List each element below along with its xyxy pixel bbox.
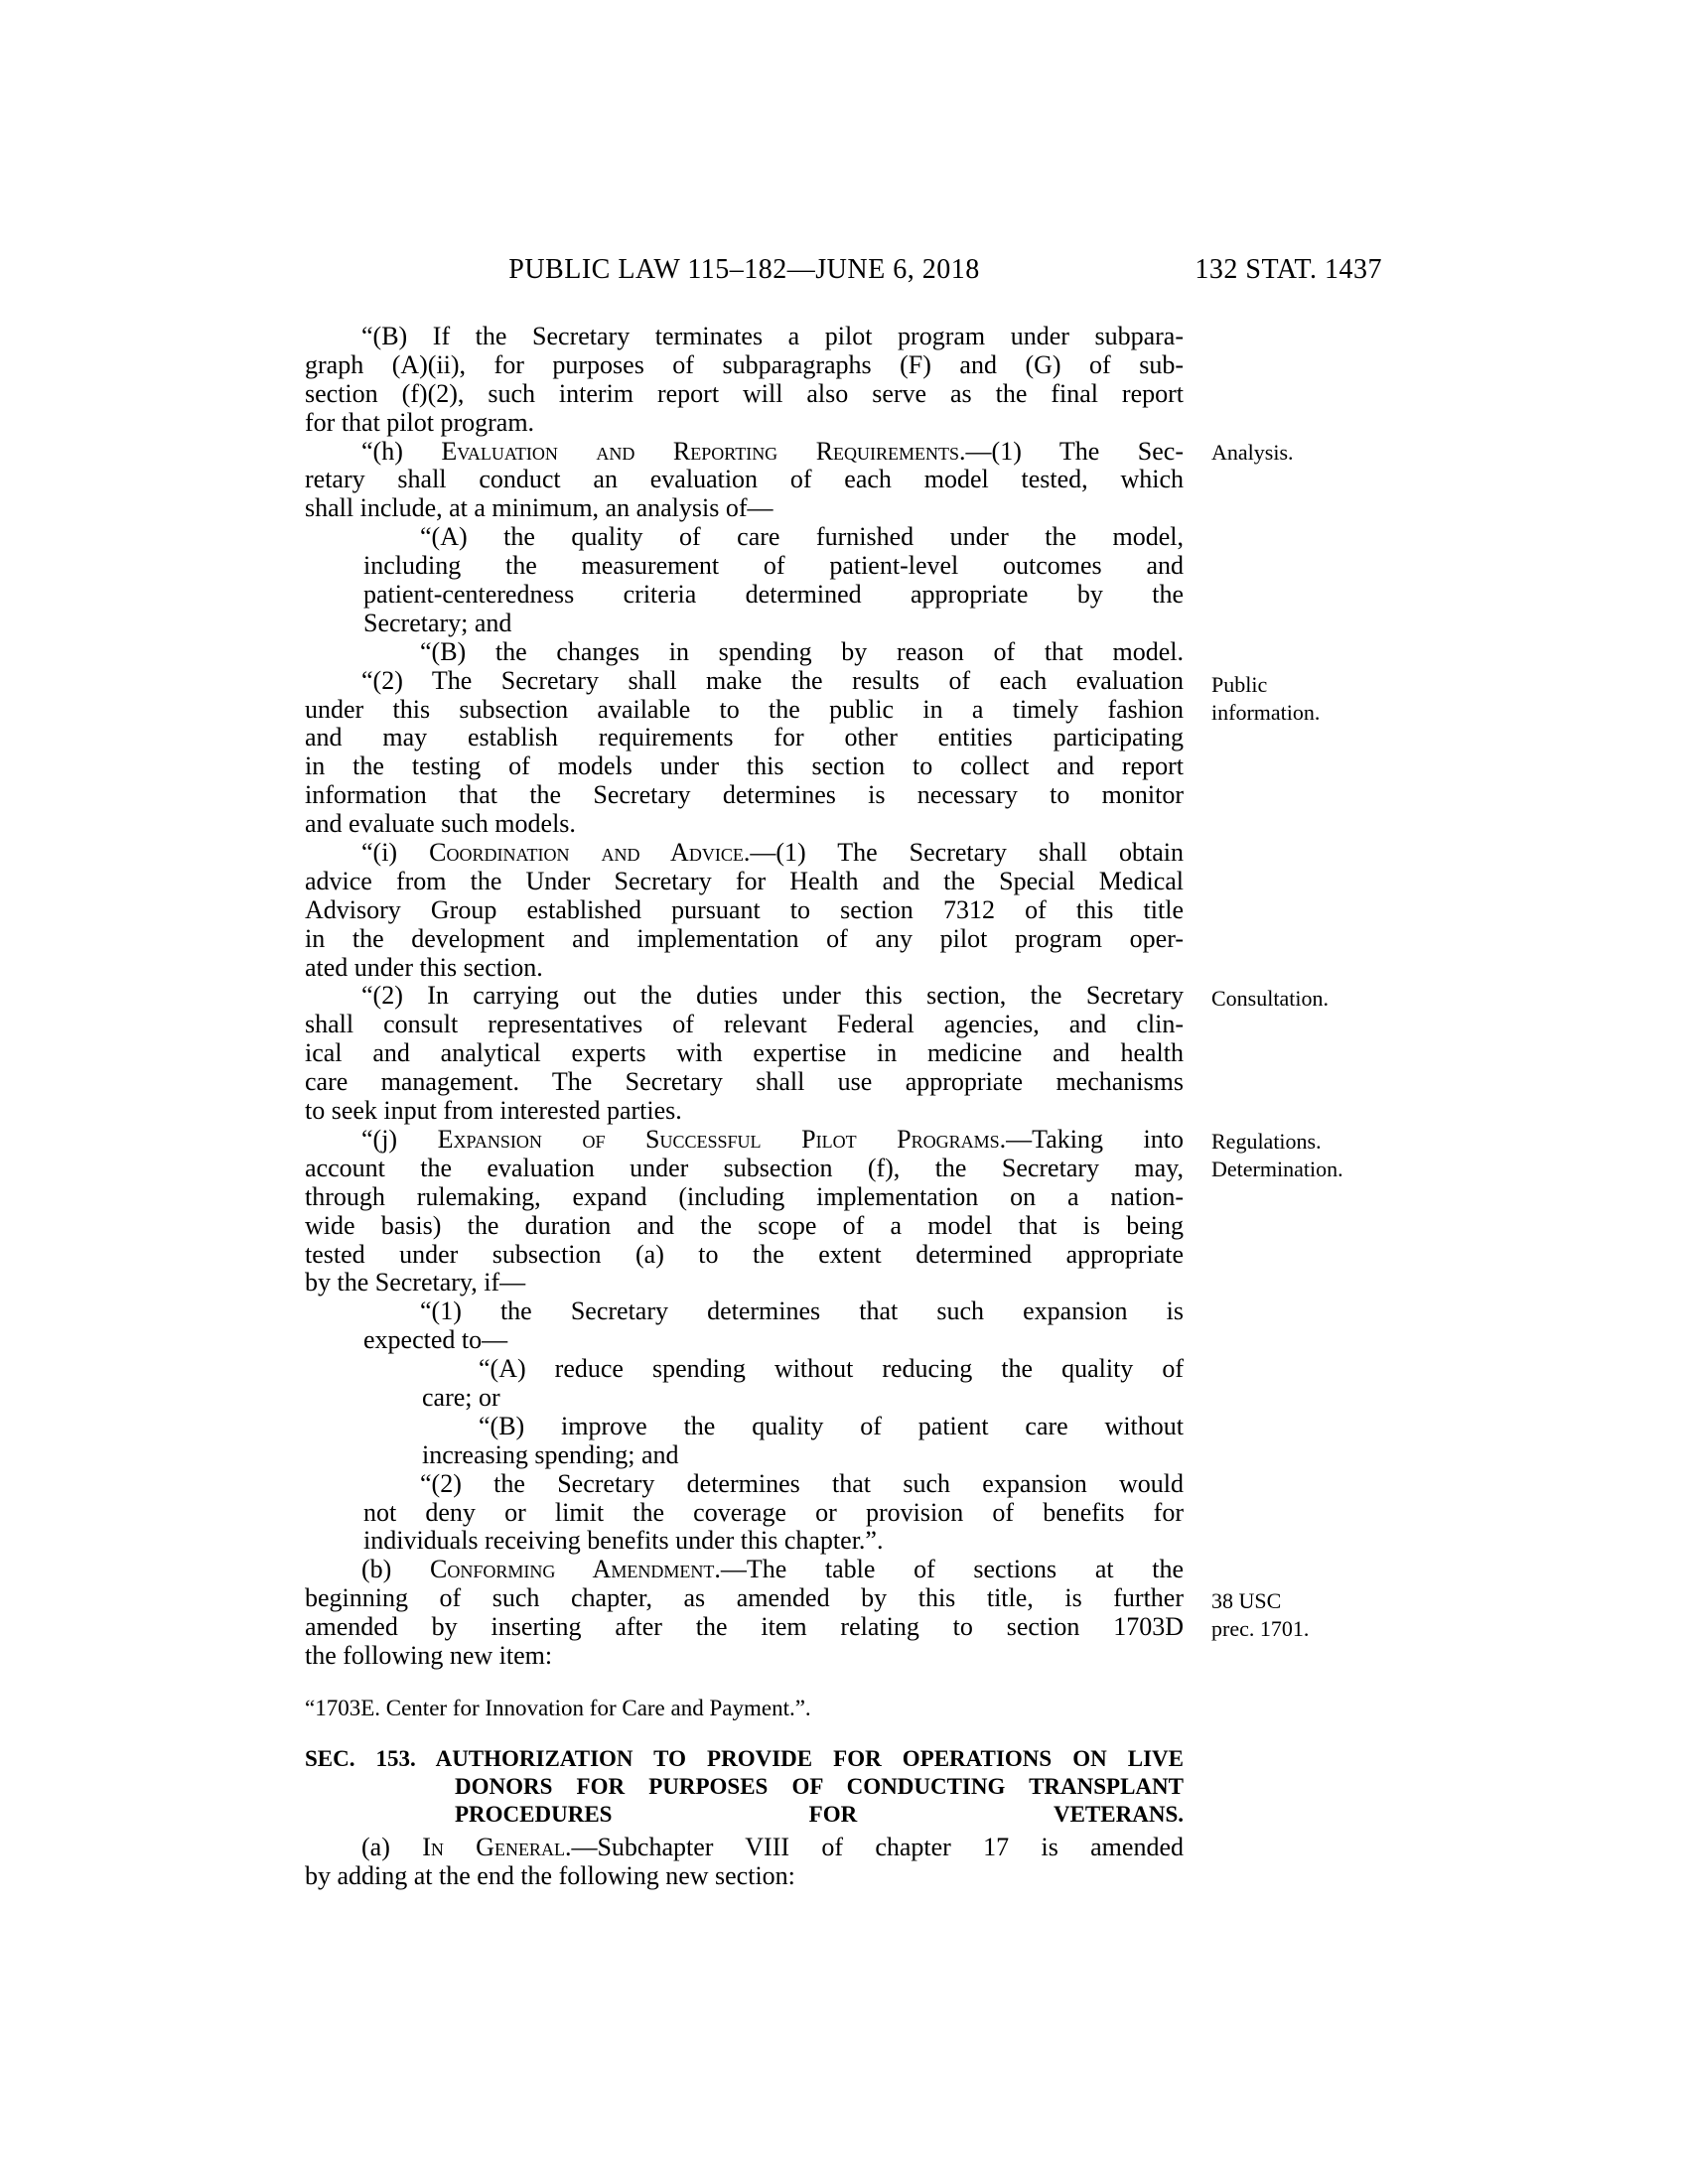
text-line: and may establish requirements for other… <box>305 724 1184 752</box>
text-run: care management. The Secretary shall use… <box>305 1068 1184 1096</box>
margin-note-line: Regulations. <box>1211 1128 1390 1156</box>
text-line: by adding at the end the following new s… <box>305 1862 1184 1891</box>
text-run: Secretary; and <box>363 610 511 637</box>
text-line: care; or <box>305 1384 1184 1413</box>
section-heading-line: SEC. 153. AUTHORIZATION TO PROVIDE FOR O… <box>305 1745 1184 1773</box>
margin-note-line: information. <box>1211 699 1390 727</box>
text-run: not deny or limit the coverage or provis… <box>363 1499 1184 1527</box>
text-run: by the Secretary, if— <box>305 1269 525 1297</box>
text-line: “(B) improve the quality of patient care… <box>305 1413 1184 1441</box>
text-run: and evaluate such models. <box>305 810 576 838</box>
paragraph: “(j) Expansion of Successful Pilot Progr… <box>305 1126 1184 1297</box>
text-run: graph (A)(ii), for purposes of subparagr… <box>305 351 1184 379</box>
text-run: Advisory Group established pursuant to s… <box>305 896 1184 924</box>
closing-paragraph: (a) In General.—Subchapter VIII of chapt… <box>305 1834 1184 1891</box>
paragraph: “(2) the Secretary determines that such … <box>305 1470 1184 1557</box>
text-run: tested under subsection (a) to the exten… <box>305 1241 1184 1269</box>
text-line: shall include, at a minimum, an analysis… <box>305 494 1184 523</box>
text-run: “(2) The Secretary shall make the result… <box>361 667 1184 695</box>
paragraph: “(1) the Secretary determines that such … <box>305 1297 1184 1355</box>
text-line: in the testing of models under this sect… <box>305 752 1184 781</box>
text-run: “(h) <box>361 438 441 466</box>
margin-note: Analysis. <box>1211 439 1390 467</box>
text-run: under this subsection available to the p… <box>305 696 1184 724</box>
text-run: beginning of such chapter, as amended by… <box>305 1584 1184 1612</box>
text-run: care; or <box>422 1384 500 1412</box>
text-line: “(i) Coordination and Advice.—(1) The Se… <box>305 839 1184 868</box>
text-run: .—Subchapter VIII of chapter 17 is amend… <box>565 1834 1184 1861</box>
text-line: amended by inserting after the item rela… <box>305 1613 1184 1642</box>
text-line: the following new item: <box>305 1642 1184 1671</box>
body-text: “(B) If the Secretary terminates a pilot… <box>305 323 1184 1671</box>
text-line: “(j) Expansion of Successful Pilot Progr… <box>305 1126 1184 1155</box>
text-run: in the testing of models under this sect… <box>305 752 1184 780</box>
text-run: patient-centeredness criteria determined… <box>363 581 1184 609</box>
text-run: and may establish requirements for other… <box>305 724 1184 751</box>
text-line: for that pilot program. <box>305 409 1184 438</box>
margin-note: Publicinformation. <box>1211 671 1390 727</box>
text-run: “(j) <box>361 1126 438 1154</box>
margin-note-line: Public <box>1211 671 1390 699</box>
text-line: (a) In General.—Subchapter VIII of chapt… <box>305 1834 1184 1862</box>
text-run: section (f)(2), such interim report will… <box>305 380 1184 408</box>
text-run: .—The table of sections at the <box>714 1556 1184 1583</box>
text-run: “(2) the Secretary determines that such … <box>420 1470 1184 1498</box>
text-run: amended by inserting after the item rela… <box>305 1613 1184 1641</box>
section-heading-line: DONORS FOR PURPOSES OF CONDUCTING TRANSP… <box>305 1773 1184 1801</box>
text-run: account the evaluation under subsection … <box>305 1155 1184 1182</box>
margin-note-line: 38 USC <box>1211 1587 1390 1615</box>
text-line: Secretary; and <box>305 610 1184 638</box>
paragraph: “(2) The Secretary shall make the result… <box>305 667 1184 839</box>
text-line: to seek input from interested parties. <box>305 1097 1184 1126</box>
text-run: shall consult representatives of relevan… <box>305 1011 1184 1038</box>
text-run: “(A) reduce spending without reducing th… <box>479 1355 1184 1383</box>
small-caps-text: Expansion of Successful Pilot Programs <box>438 1126 1000 1154</box>
text-run: through rulemaking, expand (including im… <box>305 1183 1184 1211</box>
text-line: increasing spending; and <box>305 1441 1184 1470</box>
text-line: including the measurement of patient-lev… <box>305 552 1184 581</box>
text-run: expected to— <box>363 1326 507 1354</box>
text-run: “(A) the quality of care furnished under… <box>420 523 1184 551</box>
text-run: (a) <box>361 1834 422 1861</box>
text-run: by adding at the end the following new s… <box>305 1862 795 1890</box>
margin-note-line: Determination. <box>1211 1156 1390 1183</box>
text-run: (b) <box>361 1556 430 1583</box>
small-caps-text: Conforming Amendment <box>430 1556 714 1583</box>
text-line: in the development and implementation of… <box>305 925 1184 954</box>
text-line: shall consult representatives of relevan… <box>305 1011 1184 1039</box>
text-run: “(1) the Secretary determines that such … <box>420 1297 1184 1325</box>
paragraph: “(h) Evaluation and Reporting Requiremen… <box>305 438 1184 524</box>
text-line: advice from the Under Secretary for Heal… <box>305 868 1184 896</box>
text-run: shall include, at a minimum, an analysis… <box>305 494 774 522</box>
text-run: in the development and implementation of… <box>305 925 1184 953</box>
text-line: and evaluate such models. <box>305 810 1184 839</box>
text-line: (b) Conforming Amendment.—The table of s… <box>305 1556 1184 1584</box>
section-heading: SEC. 153. AUTHORIZATION TO PROVIDE FOR O… <box>305 1745 1184 1829</box>
text-run: ated under this section. <box>305 954 543 982</box>
paragraph: “(A) reduce spending without reducing th… <box>305 1355 1184 1413</box>
margin-note: Regulations.Determination. <box>1211 1128 1390 1183</box>
text-run: .—(1) The Secretary shall obtain <box>744 839 1184 867</box>
text-line: care management. The Secretary shall use… <box>305 1068 1184 1097</box>
statute-page: PUBLIC LAW 115–182—JUNE 6, 2018 132 STAT… <box>0 0 1688 2184</box>
text-run: “(B) the changes in spending by reason o… <box>420 638 1184 666</box>
small-caps-text: In General <box>422 1834 565 1861</box>
text-run: retary shall conduct an evaluation of ea… <box>305 466 1184 493</box>
text-run: “(i) <box>361 839 429 867</box>
text-line: “(2) In carrying out the duties under th… <box>305 982 1184 1011</box>
text-run: including the measurement of patient-lev… <box>363 552 1184 580</box>
text-run: “(2) In carrying out the duties under th… <box>361 982 1184 1010</box>
margin-note: 38 USCprec. 1701. <box>1211 1587 1390 1643</box>
text-line: “(1) the Secretary determines that such … <box>305 1297 1184 1326</box>
margin-note: Consultation. <box>1211 985 1390 1013</box>
paragraph: “(i) Coordination and Advice.—(1) The Se… <box>305 839 1184 982</box>
text-line: beginning of such chapter, as amended by… <box>305 1584 1184 1613</box>
text-line: through rulemaking, expand (including im… <box>305 1183 1184 1212</box>
text-line: “(B) the changes in spending by reason o… <box>305 638 1184 667</box>
text-line: patient-centeredness criteria determined… <box>305 581 1184 610</box>
text-line: graph (A)(ii), for purposes of subparagr… <box>305 351 1184 380</box>
paragraph: (b) Conforming Amendment.—The table of s… <box>305 1556 1184 1671</box>
paragraph: “(B) If the Secretary terminates a pilot… <box>305 323 1184 438</box>
text-line: by the Secretary, if— <box>305 1269 1184 1297</box>
text-run: .—(1) The Sec- <box>959 438 1184 466</box>
text-run: for that pilot program. <box>305 409 534 437</box>
page-header-stat-number: 132 STAT. 1437 <box>1092 254 1382 286</box>
text-line: ated under this section. <box>305 954 1184 983</box>
paragraph: “(B) improve the quality of patient care… <box>305 1413 1184 1470</box>
text-run: advice from the Under Secretary for Heal… <box>305 868 1184 895</box>
small-caps-text: Evaluation and Reporting Requirements <box>441 438 959 466</box>
page-header-law-title: PUBLIC LAW 115–182—JUNE 6, 2018 <box>305 254 1184 286</box>
text-line: “(h) Evaluation and Reporting Requiremen… <box>305 438 1184 467</box>
text-line: ical and analytical experts with experti… <box>305 1039 1184 1068</box>
paragraph: “(2) In carrying out the duties under th… <box>305 982 1184 1125</box>
margin-note-line: prec. 1701. <box>1211 1615 1390 1643</box>
text-run: “(B) If the Secretary terminates a pilot… <box>361 323 1184 350</box>
text-run: to seek input from interested parties. <box>305 1097 682 1125</box>
paragraph: (a) In General.—Subchapter VIII of chapt… <box>305 1834 1184 1891</box>
text-line: individuals receiving benefits under thi… <box>305 1527 1184 1556</box>
margin-note-line: Analysis. <box>1211 439 1390 467</box>
text-run: wide basis) the duration and the scope o… <box>305 1212 1184 1240</box>
text-line: retary shall conduct an evaluation of ea… <box>305 466 1184 494</box>
text-run: information that the Secretary determine… <box>305 781 1184 809</box>
text-line: section (f)(2), such interim report will… <box>305 380 1184 409</box>
text-line: “(B) If the Secretary terminates a pilot… <box>305 323 1184 351</box>
text-line: “(A) reduce spending without reducing th… <box>305 1355 1184 1384</box>
text-line: information that the Secretary determine… <box>305 781 1184 810</box>
margin-note-line: Consultation. <box>1211 985 1390 1013</box>
text-run: ical and analytical experts with experti… <box>305 1039 1184 1067</box>
text-run: .—Taking into <box>1000 1126 1184 1154</box>
paragraph: “(A) the quality of care furnished under… <box>305 523 1184 638</box>
text-run: increasing spending; and <box>422 1441 679 1469</box>
text-line: Advisory Group established pursuant to s… <box>305 896 1184 925</box>
text-run: individuals receiving benefits under thi… <box>363 1527 883 1555</box>
text-run: “(B) improve the quality of patient care… <box>479 1413 1184 1440</box>
section-heading-line: PROCEDURES FOR VETERANS. <box>305 1801 1184 1829</box>
text-line: “(2) The Secretary shall make the result… <box>305 667 1184 696</box>
text-run: the following new item: <box>305 1642 552 1670</box>
toc-item: “1703E. Center for Innovation for Care a… <box>305 1696 1184 1721</box>
text-line: “(A) the quality of care furnished under… <box>305 523 1184 552</box>
text-line: tested under subsection (a) to the exten… <box>305 1241 1184 1270</box>
text-line: “(2) the Secretary determines that such … <box>305 1470 1184 1499</box>
text-line: wide basis) the duration and the scope o… <box>305 1212 1184 1241</box>
paragraph: “(B) the changes in spending by reason o… <box>305 638 1184 667</box>
text-line: expected to— <box>305 1326 1184 1355</box>
small-caps-text: Coordination and Advice <box>429 839 744 867</box>
text-line: account the evaluation under subsection … <box>305 1155 1184 1183</box>
text-line: under this subsection available to the p… <box>305 696 1184 725</box>
text-line: not deny or limit the coverage or provis… <box>305 1499 1184 1528</box>
